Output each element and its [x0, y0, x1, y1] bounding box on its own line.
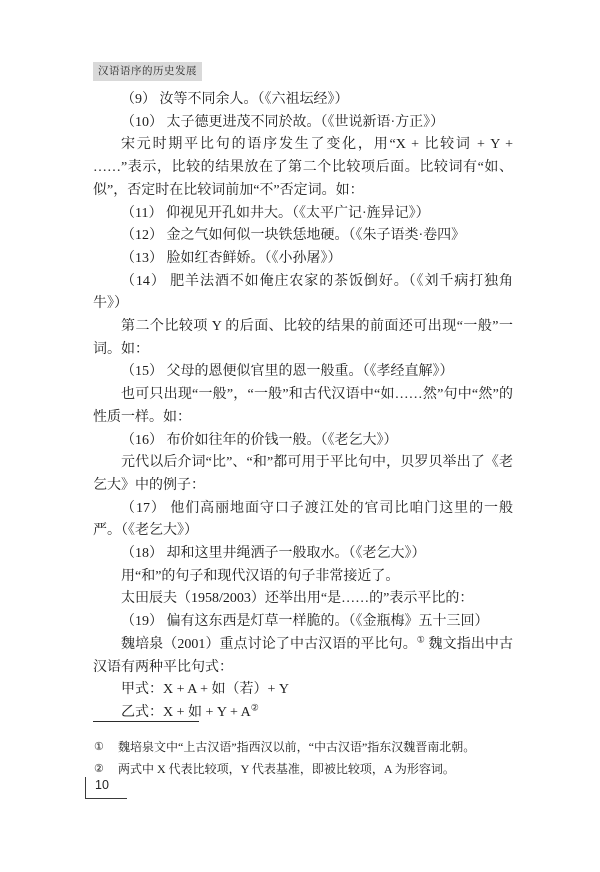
example-12: （12） 金之气如何似一块铁恁地硬。（《朱子语类·卷四》: [93, 225, 513, 248]
para-he: 用“和”的句子和现代汉语的句子非常接近了。: [93, 566, 513, 589]
footnote-text: 两式中 X 代表比较项，Y 代表基准，即被比较项，A 为形容词。: [118, 758, 514, 780]
para-yuandai: 元代以后介词“比”、“和”都可用于平比句中，贝罗贝举出了《老乞大》中的例子：: [93, 452, 513, 497]
footnote: ②两式中 X 代表比较项，Y 代表基准，即被比较项，A 为形容词。: [94, 758, 514, 780]
text-run: （15） 父母的恩便似官里的恩一般重。（《孝经直解》）: [121, 364, 454, 379]
example-9: （9） 汝等不同余人。（《六祖坛经》）: [93, 89, 513, 112]
example-17: （17） 他们高丽地面守口子渡江处的官司比咱门这里的一般严。（《老乞大》）: [93, 498, 513, 543]
example-15: （15） 父母的恩便似官里的恩一般重。（《孝经直解》）: [93, 361, 513, 384]
text-run: 甲式：X + A + 如（若）+ Y: [121, 682, 289, 697]
text-run: 太田辰夫（1958/2003）还举出用“是……的”表示平比的：: [121, 591, 473, 606]
example-19: （19） 偏有这东西是灯草一样脆的。（《金瓶梅》五十三回）: [93, 611, 513, 634]
para-songyuan: 宋元时期平比句的语序发生了变化，用“X + 比较词 + Y + ……”表示，比较…: [93, 134, 513, 202]
text-run: （14） 肥羊法酒不如俺庄农家的茶饭倒好。（《刘千病打独角牛》）: [93, 274, 513, 312]
text-run: （13） 脸如红杏鲜娇。（《小孙屠》）: [121, 251, 342, 266]
formula-jia: 甲式：X + A + 如（若）+ Y: [93, 679, 513, 702]
text-run: （16） 布价如往年的价钱一般。（《老乞大》）: [121, 433, 398, 448]
text-run: 魏培泉（2001）重点讨论了中古汉语的平比句。: [121, 637, 417, 652]
text-run: （9） 汝等不同余人。（《六祖坛经》）: [121, 92, 349, 107]
page-number: 10: [95, 778, 109, 792]
example-16: （16） 布价如往年的价钱一般。（《老乞大》）: [93, 430, 513, 453]
para-yiban: 第二个比较项 Y 的后面、比较的结果的前面还可出现“一般”一词。如：: [93, 316, 513, 361]
chapter-title: 汉语语序的历史发展: [93, 62, 202, 81]
text-run: 元代以后介词“比”、“和”都可用于平比句中，贝罗贝举出了《老乞大》中的例子：: [93, 455, 513, 493]
text-run: 用“和”的句子和现代汉语的句子非常接近了。: [121, 569, 399, 584]
example-14: （14） 肥羊法酒不如俺庄农家的茶饭倒好。（《刘千病打独角牛》）: [93, 271, 513, 316]
text-run: （18） 却和这里井绳洒子一般取水。（《老乞大》）: [121, 546, 426, 561]
page-body: （9） 汝等不同余人。（《六祖坛经》）（10） 太子德更进茂不同於故。（《世说新…: [93, 89, 513, 725]
running-header: 汉语语序的历史发展: [93, 61, 202, 81]
example-10: （10） 太子德更进茂不同於故。（《世说新语·方正》）: [93, 112, 513, 135]
footnote: ①魏培泉文中“上古汉语”指西汉以前，“中古汉语”指东汉魏晋南北朝。: [94, 736, 514, 758]
text-run: 宋元时期平比句的语序发生了变化，用“X + 比较词 + Y + ……”表示，比较…: [93, 137, 513, 197]
text-run: 乙式：X + 如 + Y + A: [121, 705, 251, 720]
text-run: （17） 他们高丽地面守口子渡江处的官司比咱门这里的一般严。（《老乞大》）: [93, 501, 513, 539]
para-taitian: 太田辰夫（1958/2003）还举出用“是……的”表示平比的：: [93, 588, 513, 611]
text-run: （10） 太子德更进茂不同於故。（《世说新语·方正》）: [121, 115, 444, 130]
footnote-text: 魏培泉文中“上古汉语”指西汉以前，“中古汉语”指东汉魏晋南北朝。: [118, 736, 514, 758]
footnotes: ①魏培泉文中“上古汉语”指西汉以前，“中古汉语”指东汉魏晋南北朝。②两式中 X …: [94, 736, 514, 780]
text-run: （19） 偏有这东西是灯草一样脆的。（《金瓶梅》五十三回）: [121, 614, 489, 629]
para-ran: 也可只出现“一般”，“一般”和古代汉语中“如……然”句中“然”的性质一样。如：: [93, 384, 513, 429]
example-13: （13） 脸如红杏鲜娇。（《小孙屠》）: [93, 248, 513, 271]
footnote-separator: [93, 721, 199, 722]
page-number-box: 10: [85, 777, 127, 799]
example-18: （18） 却和这里井绳洒子一般取水。（《老乞大》）: [93, 543, 513, 566]
text-run: （12） 金之气如何似一块铁恁地硬。（《朱子语类·卷四》: [121, 228, 465, 243]
footnote-marker: ①: [417, 634, 425, 644]
text-run: 第二个比较项 Y 的后面、比较的结果的前面还可出现“一般”一词。如：: [93, 319, 513, 357]
document-page: 汉语语序的历史发展 （9） 汝等不同余人。（《六祖坛经》）（10） 太子德更进茂…: [0, 0, 600, 872]
para-weipeiquan: 魏培泉（2001）重点讨论了中古汉语的平比句。① 魏文指出中古汉语有两种平比句式…: [93, 634, 513, 679]
footnote-number: ①: [94, 736, 118, 758]
example-11: （11） 仰视见开孔如井大。（《太平广记·旌异记》）: [93, 203, 513, 226]
footnote-marker: ②: [251, 702, 259, 712]
text-run: 也可只出现“一般”，“一般”和古代汉语中“如……然”句中“然”的性质一样。如：: [93, 387, 513, 425]
text-run: （11） 仰视见开孔如井大。（《太平广记·旌异记》）: [121, 206, 430, 221]
